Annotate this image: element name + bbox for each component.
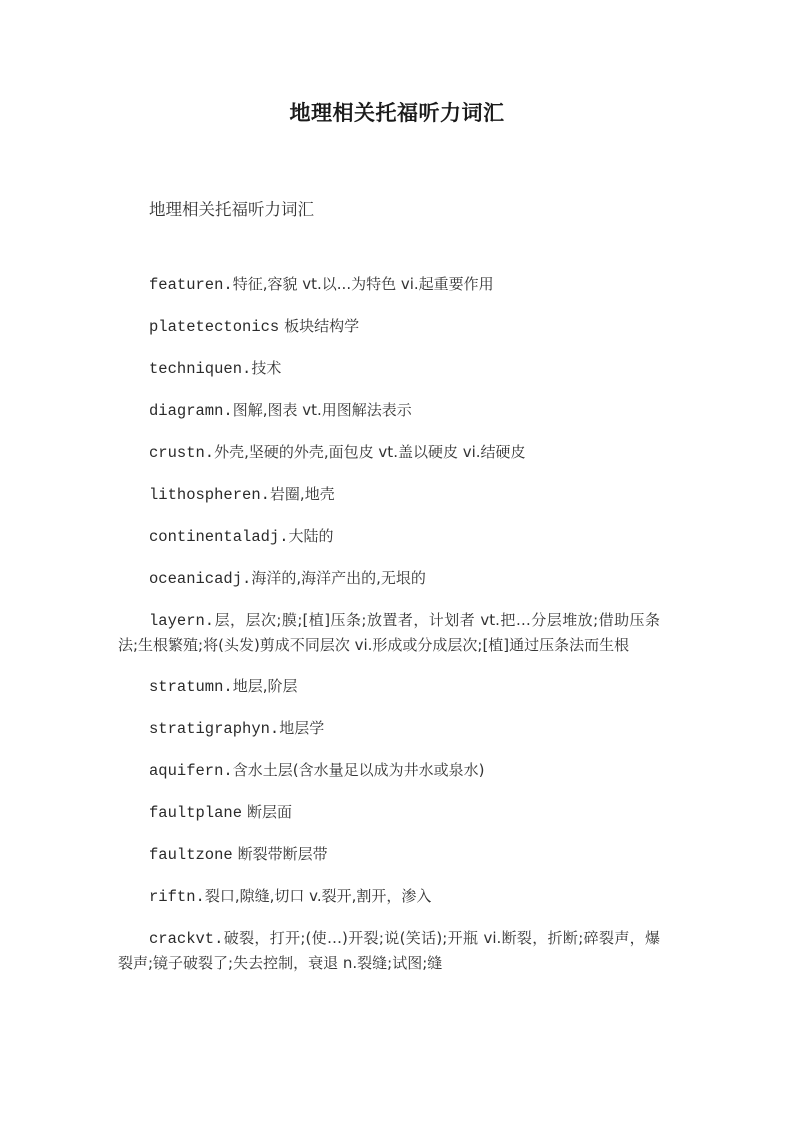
vocab-definition: 技术 <box>251 359 281 377</box>
vocab-word: faultplane <box>149 804 242 822</box>
vocab-definition: 大陆的 <box>289 527 334 545</box>
vocab-entry: diagramn.图解,图表 vt.用图解法表示 <box>118 398 660 423</box>
document-subtitle: 地理相关托福听力词汇 <box>149 198 660 222</box>
vocab-word: diagramn. <box>149 402 233 420</box>
vocab-word: platetectonics <box>149 318 279 336</box>
vocab-entry: lithospheren.岩圈,地壳 <box>118 482 660 507</box>
vocab-entry: faultplane 断层面 <box>118 800 660 825</box>
vocab-word: faultzone <box>149 846 233 864</box>
vocab-word: continentaladj. <box>149 528 289 546</box>
vocab-word: layern. <box>149 612 214 630</box>
vocab-definition: 断层面 <box>247 803 292 821</box>
vocab-word: featuren. <box>149 276 233 294</box>
vocab-definition: 海洋的,海洋产出的,无垠的 <box>251 569 426 587</box>
vocab-entry: layern.层，层次;膜;[植]压条;放置者，计划者 vt.把…分层堆放;借助… <box>118 608 660 657</box>
vocab-entry: oceanicadj.海洋的,海洋产出的,无垠的 <box>118 566 660 591</box>
document-body: 地理相关托福听力词汇 featuren.特征,容貌 vt.以...为特色 vi.… <box>118 198 660 992</box>
vocab-definition: 含水土层(含水量足以成为井水或泉水) <box>233 761 485 779</box>
vocab-definition: 板块结构学 <box>284 317 359 335</box>
vocab-definition: 地层学 <box>279 719 324 737</box>
vocab-entry: riftn.裂口,隙缝,切口 v.裂开,割开，渗入 <box>118 884 660 909</box>
vocab-definition: 断裂带断层带 <box>238 845 328 863</box>
vocab-entry: stratumn.地层,阶层 <box>118 674 660 699</box>
vocabulary-list: featuren.特征,容貌 vt.以...为特色 vi.起重要作用 plate… <box>118 272 660 975</box>
vocab-definition: 特征,容貌 vt.以...为特色 vi.起重要作用 <box>233 275 494 293</box>
vocab-word: techniquen. <box>149 360 251 378</box>
vocab-word: stratigraphyn. <box>149 720 279 738</box>
vocab-word: riftn. <box>149 888 205 906</box>
vocab-definition: 岩圈,地壳 <box>270 485 335 503</box>
vocab-word: stratumn. <box>149 678 233 696</box>
vocab-entry: featuren.特征,容貌 vt.以...为特色 vi.起重要作用 <box>118 272 660 297</box>
vocab-entry: stratigraphyn.地层学 <box>118 716 660 741</box>
vocab-entry: faultzone 断裂带断层带 <box>118 842 660 867</box>
vocab-entry: crustn.外壳,坚硬的外壳,面包皮 vt.盖以硬皮 vi.结硬皮 <box>118 440 660 465</box>
vocab-word: crackvt. <box>149 930 223 948</box>
document-title: 地理相关托福听力词汇 <box>0 97 794 127</box>
vocab-definition: 地层,阶层 <box>233 677 298 695</box>
vocab-entry: crackvt.破裂，打开;(使…)开裂;说(笑话);开瓶 vi.断裂，折断;碎… <box>118 926 660 975</box>
vocab-word: crustn. <box>149 444 214 462</box>
vocab-word: oceanicadj. <box>149 570 251 588</box>
vocab-definition: 外壳,坚硬的外壳,面包皮 vt.盖以硬皮 vi.结硬皮 <box>214 443 525 461</box>
vocab-definition: 图解,图表 vt.用图解法表示 <box>233 401 412 419</box>
vocab-word: lithospheren. <box>149 486 270 504</box>
vocab-entry: platetectonics 板块结构学 <box>118 314 660 339</box>
vocab-word: aquifern. <box>149 762 233 780</box>
vocab-entry: aquifern.含水土层(含水量足以成为井水或泉水) <box>118 758 660 783</box>
vocab-entry: continentaladj.大陆的 <box>118 524 660 549</box>
vocab-entry: techniquen.技术 <box>118 356 660 381</box>
vocab-definition: 裂口,隙缝,切口 v.裂开,割开，渗入 <box>205 887 432 905</box>
document-page: 地理相关托福听力词汇 地理相关托福听力词汇 featuren.特征,容貌 vt.… <box>0 0 794 1123</box>
